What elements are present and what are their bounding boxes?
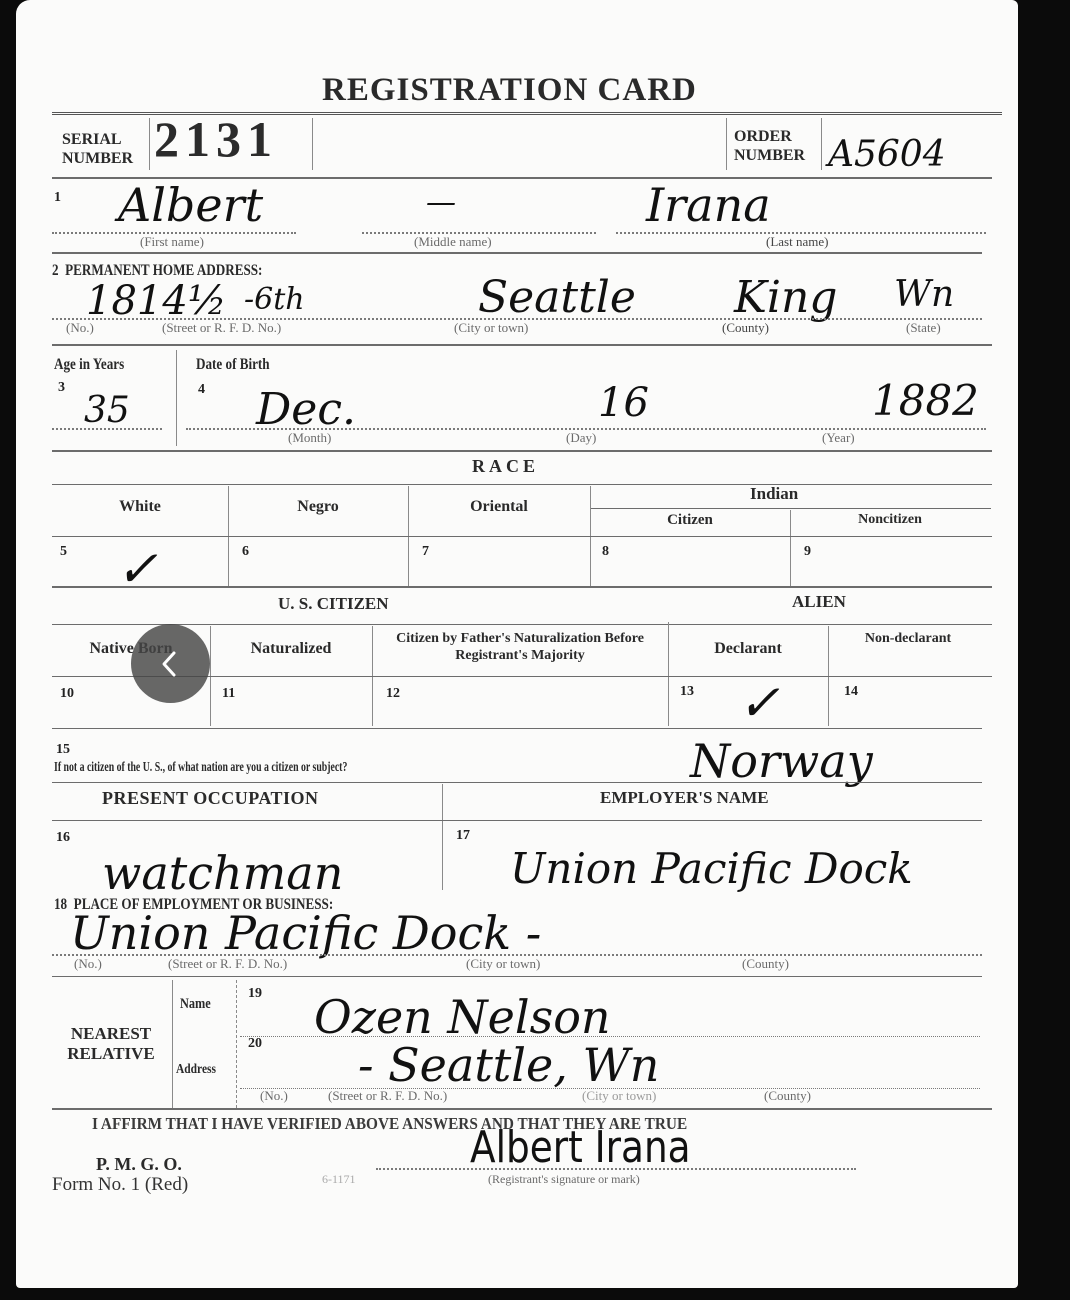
employment-street-label: (Street or R. F. D. No.) [168,956,287,972]
address-city: Seattle [478,272,636,323]
address-no-label: (No.) [66,320,94,336]
address-street-label: (Street or R. F. D. No.) [162,320,281,336]
first-name: Albert [118,178,263,232]
divider [52,536,992,537]
divider [52,624,992,625]
employer-value: Union Pacific Dock [510,844,913,893]
field-number: 19 [248,986,262,1002]
relative-address-value: - Seattle, Wn [358,1038,659,1092]
birth-label: Date of Birth [196,356,270,374]
divider [52,1108,992,1110]
field-number: 1 [54,190,61,206]
field-number: 4 [198,382,205,398]
footer-pmgo: P. M. G. O. [96,1154,182,1175]
address-city-label: (City or town) [454,320,528,336]
occupation-heading: PRESENT OCCUPATION [102,788,319,809]
divider [52,252,982,254]
birth-day: 16 [598,380,649,426]
divider [176,350,177,446]
divider [312,118,313,170]
indian-heading: Indian [750,484,798,504]
race-label-indian-citizen: Citizen [590,512,790,529]
nearest-relative-heading: NEAREST RELATIVE [56,1024,166,1064]
us-citizen-heading: U. S. CITIZEN [278,594,389,614]
field-number: 9 [804,544,811,560]
field-number: 18 [54,896,67,913]
divider [52,976,982,977]
divider [236,980,237,1108]
address-county-label: (County) [722,320,769,336]
nation-value: Norway [690,734,873,788]
employer-heading: EMPLOYER'S NAME [600,788,769,808]
address-state-label: (State) [906,320,941,336]
chevron-left-icon [158,649,184,679]
divider [52,450,992,452]
field-number: 13 [680,684,694,700]
birth-year-label: (Year) [822,430,855,446]
nation-question: If not a citizen of the U. S., of what n… [54,760,347,776]
field-number: 5 [60,544,67,560]
order-number: A5604 [828,134,946,175]
field-number: 20 [248,1036,262,1052]
relative-no-label: (No.) [260,1088,288,1104]
relative-name-label: Name [180,996,211,1013]
middle-name-label: (Middle name) [414,234,492,250]
race-label-indian-noncitizen: Noncitizen [790,512,990,528]
occupation-value: watchman [102,846,343,900]
divider [52,484,992,485]
alien-label-declarant: Declarant [668,640,828,658]
address-street: -6th [244,282,305,317]
divider [668,622,669,726]
divider [52,586,992,588]
first-name-label: (First name) [140,234,204,250]
employment-place-value: Union Pacific Dock - [70,906,541,960]
serial-label: SERIAL NUMBER [62,130,133,168]
field-number: 11 [222,686,235,702]
field-number: 10 [60,686,74,702]
employment-county-label: (County) [742,956,789,972]
address-state: Wn [894,274,954,315]
serial-number: 2131 [154,110,278,168]
card-title: REGISTRATION CARD [322,72,697,109]
last-name-label: (Last name) [766,234,828,250]
race-heading: RACE [472,456,539,477]
divider [52,728,982,729]
footer-code: 6-1171 [322,1172,356,1187]
birth-day-label: (Day) [566,430,596,446]
divider [591,508,991,509]
race-white-checkmark: ✓ [116,540,158,598]
dotted-line [240,1036,980,1037]
field-number: 7 [422,544,429,560]
alien-heading: ALIEN [792,592,846,612]
registrant-signature: Albert Irana [470,1122,691,1173]
field-number: 14 [844,684,858,700]
employment-city-label: (City or town) [466,956,540,972]
field-number: 15 [56,742,70,758]
divider [52,344,992,346]
signature-label: (Registrant's signature or mark) [488,1172,640,1187]
field-number: 6 [242,544,249,560]
dotted-line [52,428,162,430]
field-number: 16 [56,830,70,846]
middle-name: — [426,185,456,220]
relative-address-label: Address [176,1062,216,1078]
age-value: 35 [84,390,130,431]
birth-year: 1882 [872,376,979,425]
divider [52,820,982,821]
divider [726,118,727,170]
divider [442,784,443,890]
relative-county-label: (County) [764,1088,811,1104]
previous-page-button[interactable] [131,624,210,703]
address-county: King [734,272,837,323]
field-number: 3 [58,380,65,396]
address-heading: PERMANENT HOME ADDRESS: [65,262,262,279]
dotted-line [376,1168,856,1170]
field-number: 2 [52,262,59,279]
field-number: 8 [602,544,609,560]
relative-city-label: (City or town) [582,1088,656,1104]
field-number: 17 [456,828,470,844]
last-name: Irana [646,178,771,232]
race-label-negro: Negro [228,498,408,516]
relative-street-label: (Street or R. F. D. No.) [328,1088,447,1104]
age-label: Age in Years [54,356,124,374]
alien-label-non-declarant: Non-declarant [858,630,958,647]
birth-month-label: (Month) [288,430,331,446]
alien-declarant-checkmark: ✓ [738,674,780,732]
field-number: 12 [386,686,400,702]
citizen-label-by-father: Citizen by Father's Naturalization Befor… [388,630,652,664]
divider [821,118,822,170]
race-label-white: White [52,498,228,516]
citizen-label-naturalized: Naturalized [210,640,372,658]
divider [149,118,150,170]
footer-form-number: Form No. 1 (Red) [52,1174,188,1196]
employment-no-label: (No.) [74,956,102,972]
race-label-oriental: Oriental [408,498,590,516]
divider [172,980,173,1108]
divider [52,782,982,783]
order-label: ORDER NUMBER [734,127,805,165]
